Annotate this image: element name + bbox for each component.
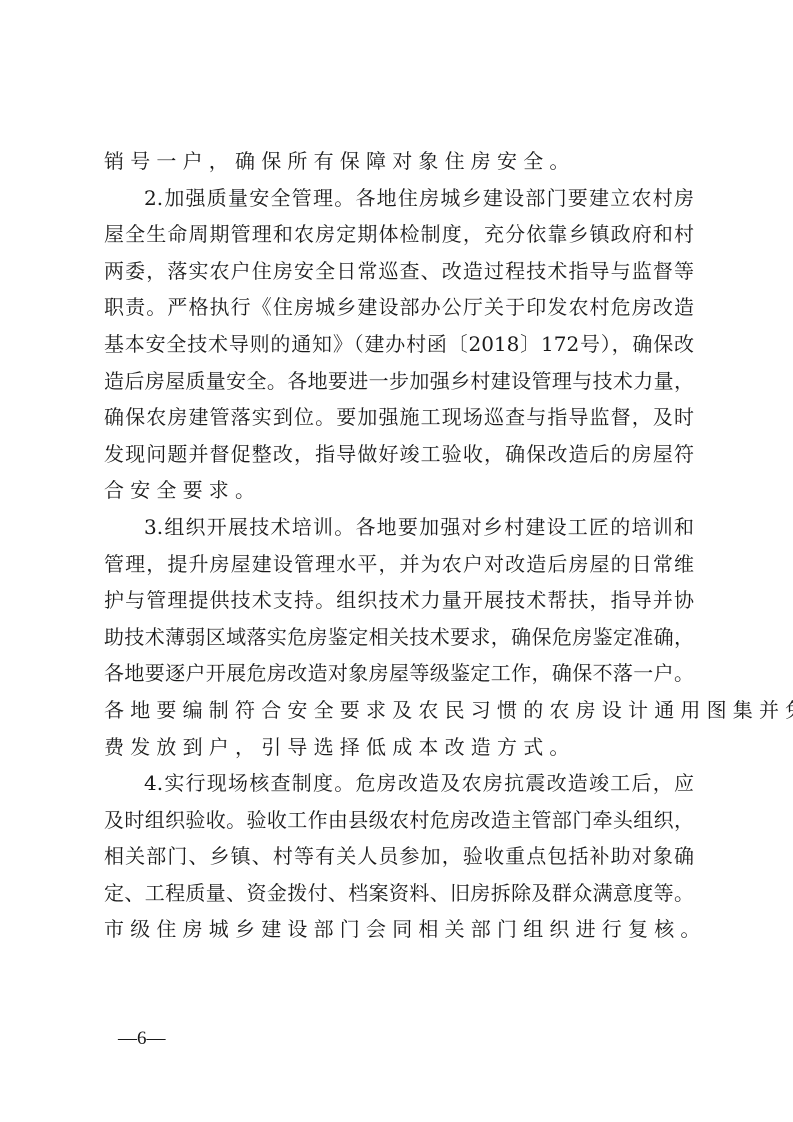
text-line: 市级住房城乡建设部门会同相关部门组织进行复核。: [104, 911, 694, 948]
text-line: 管理，提升房屋建设管理水平，并为农户对改造后房屋的日常维: [104, 546, 694, 583]
page-number: —6—: [118, 1028, 166, 1050]
text-line: 销号一户，确保所有保障对象住房安全。: [104, 143, 694, 180]
paragraph-3-first-line: 3.组织开展技术培训。各地要加强对乡村建设工匠的培训和: [104, 509, 694, 546]
text-line: 两委，落实农户住房安全日常巡查、改造过程技术指导与监督等: [104, 253, 694, 290]
text-line: 各地要逐户开展危房改造对象房屋等级鉴定工作，确保不落一户。: [104, 655, 694, 692]
text-line: 屋全生命周期管理和农房定期体检制度，充分依靠乡镇政府和村: [104, 216, 694, 253]
text-line: 基本安全技术导则的通知》（建办村函〔2018〕172号），确保改: [104, 326, 694, 363]
document-page: 销号一户，确保所有保障对象住房安全。 2.加强质量安全管理。各地住房城乡建设部门…: [0, 0, 793, 1122]
text-line: 造后房屋质量安全。各地要进一步加强乡村建设管理与技术力量，: [104, 363, 694, 400]
paragraph-2-first-line: 2.加强质量安全管理。各地住房城乡建设部门要建立农村房: [104, 180, 694, 217]
text-line: 确保农房建管落实到位。要加强施工现场巡查与指导监督，及时: [104, 399, 694, 436]
text-line: 合安全要求。: [104, 472, 694, 509]
text-line: 各地要编制符合安全要求及农民习惯的农房设计通用图集并免: [104, 692, 694, 729]
text-line: 发现问题并督促整改，指导做好竣工验收，确保改造后的房屋符: [104, 436, 694, 473]
text-line: 及时组织验收。验收工作由县级农村危房改造主管部门牵头组织，: [104, 802, 694, 839]
text-line: 相关部门、乡镇、村等有关人员参加，验收重点包括补助对象确: [104, 838, 694, 875]
paragraph-4-first-line: 4.实行现场核查制度。危房改造及农房抗震改造竣工后，应: [104, 765, 694, 802]
body-text: 销号一户，确保所有保障对象住房安全。 2.加强质量安全管理。各地住房城乡建设部门…: [104, 143, 694, 948]
text-line: 职责。严格执行《住房城乡建设部办公厅关于印发农村危房改造: [104, 289, 694, 326]
text-line: 护与管理提供技术支持。组织技术力量开展技术帮扶，指导并协: [104, 582, 694, 619]
text-line: 定、工程质量、资金拨付、档案资料、旧房拆除及群众满意度等。: [104, 875, 694, 912]
text-line: 助技术薄弱区域落实危房鉴定相关技术要求，确保危房鉴定准确，: [104, 619, 694, 656]
text-line: 费发放到户，引导选择低成本改造方式。: [104, 729, 694, 766]
